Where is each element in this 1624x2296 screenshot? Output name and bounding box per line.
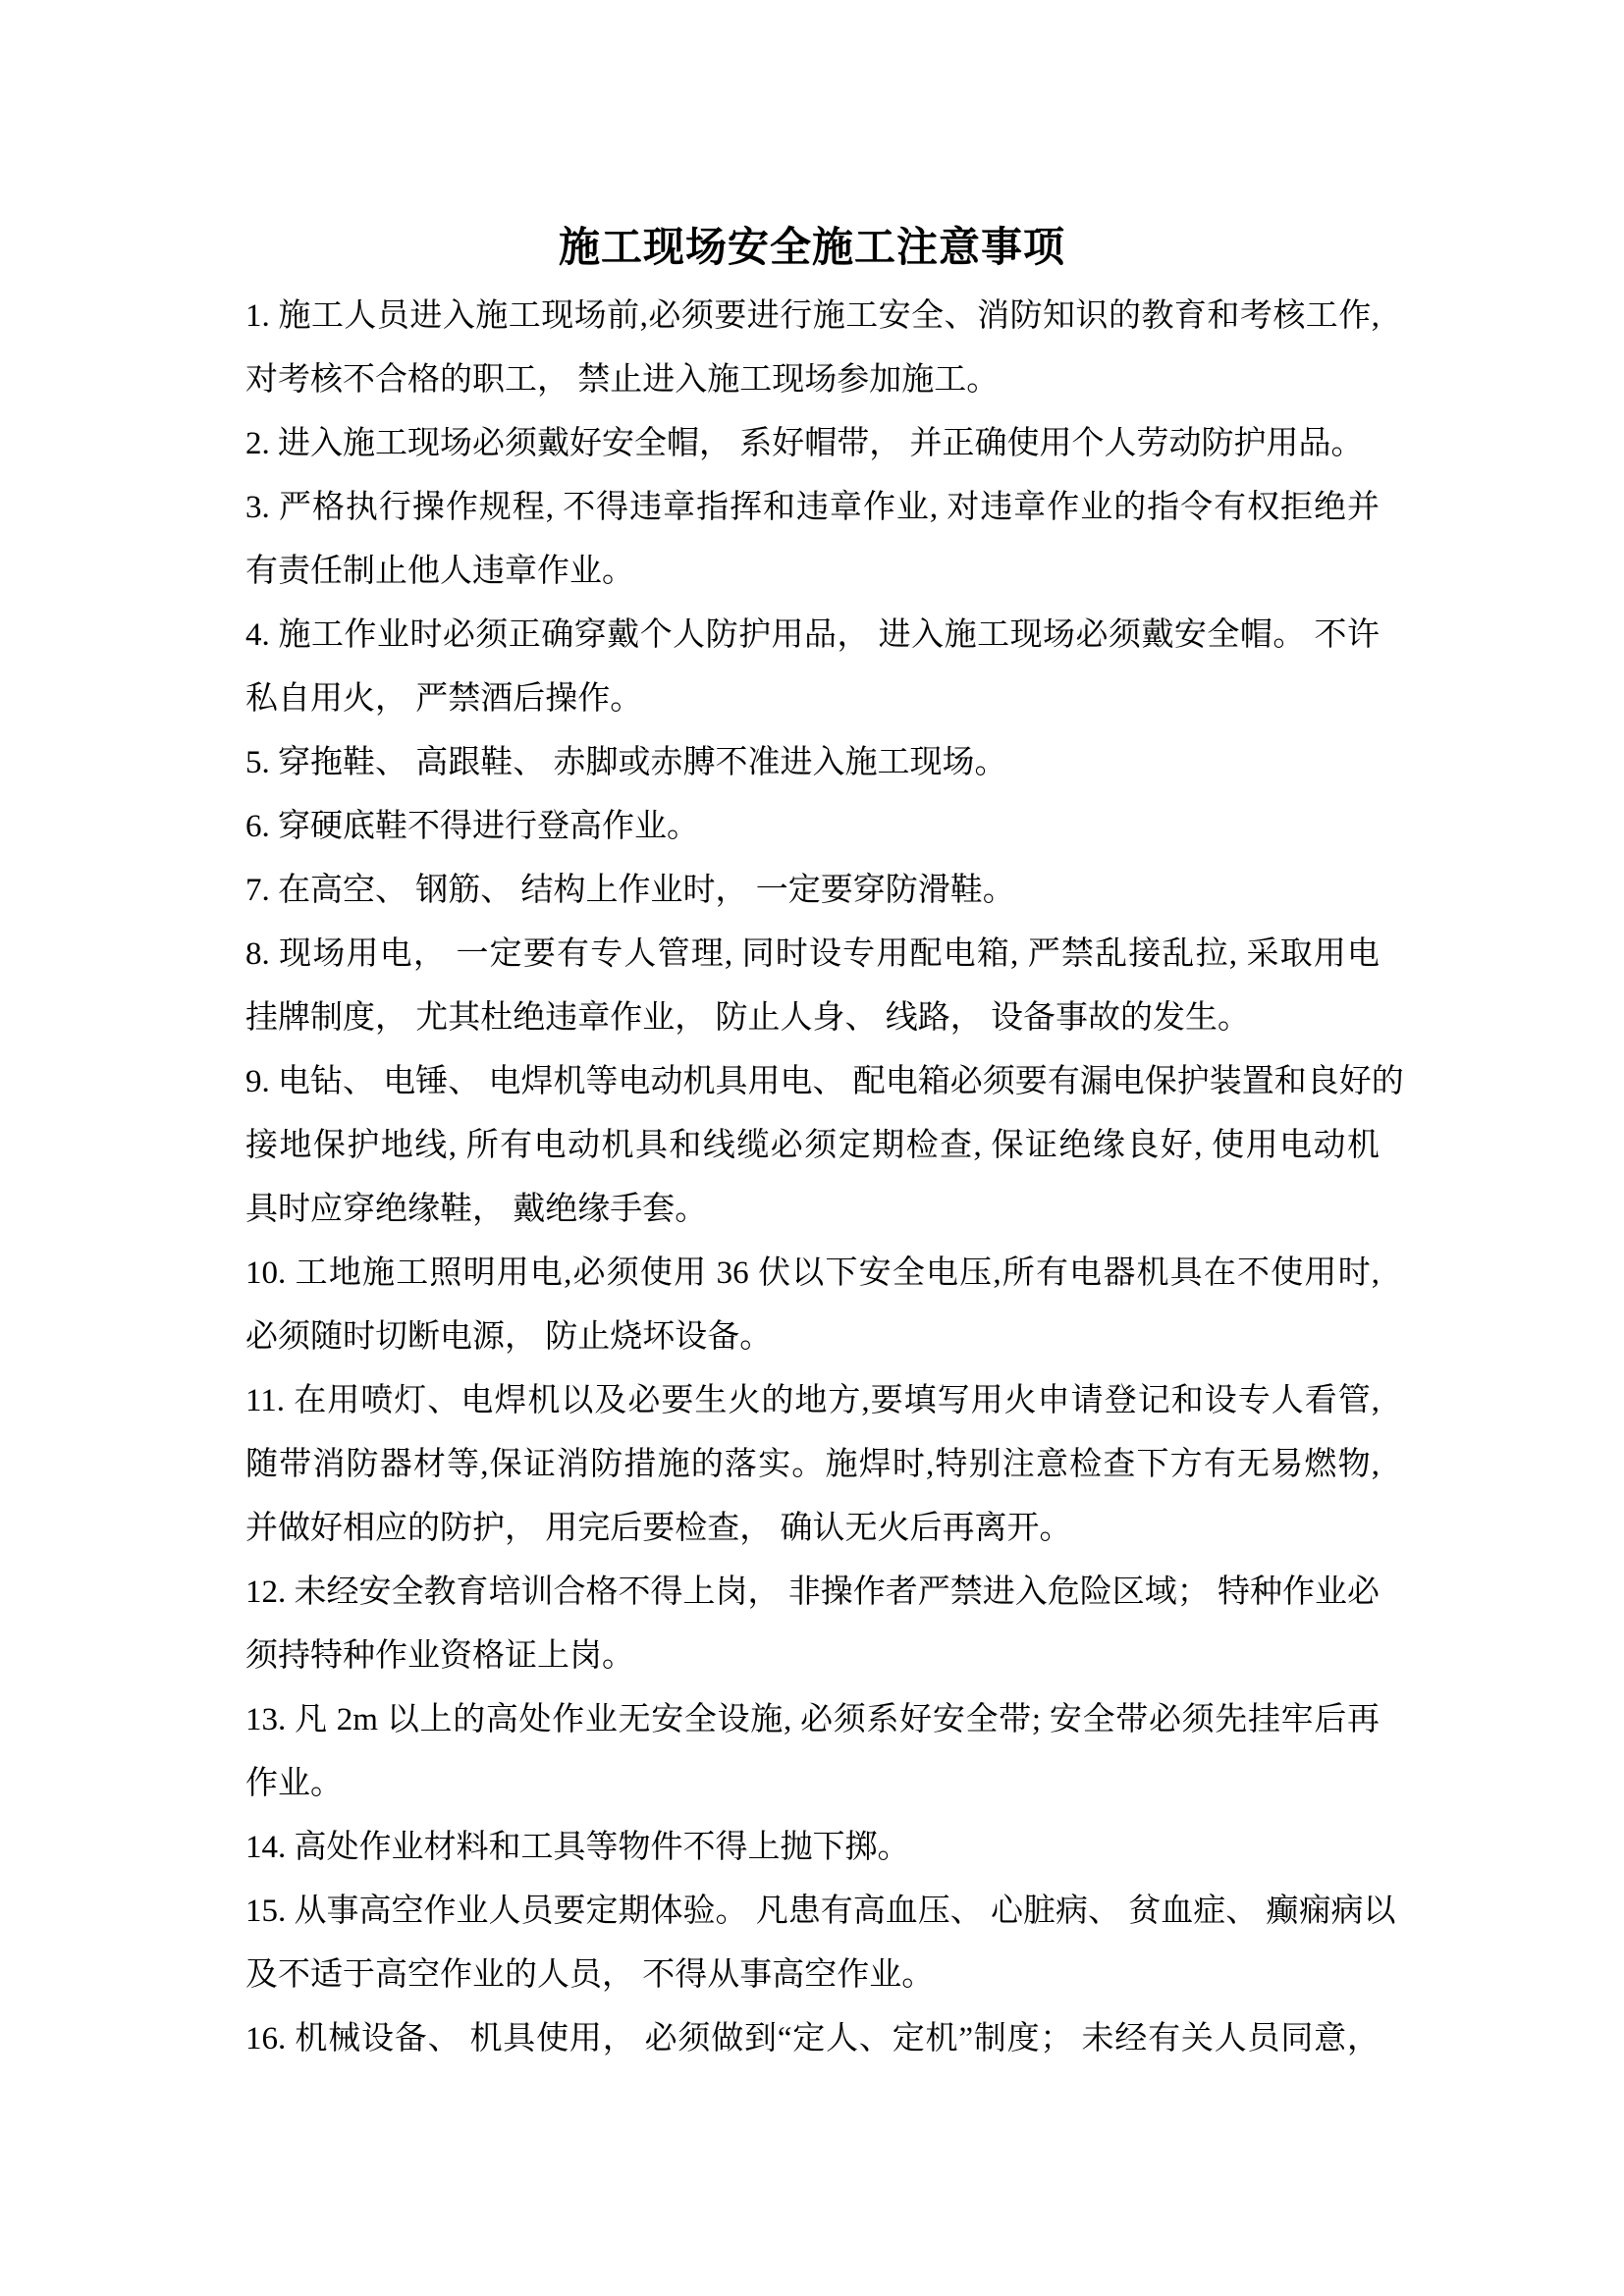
document-title: 施工现场安全施工注意事项 — [0, 215, 1624, 274]
rule-14-line-1: 14. 高处作业材料和工具等物件不得上抛下掷。 — [245, 1816, 1380, 1880]
rule-1-line-1: 1. 施工人员进入施工现场前,必须要进行施工安全、消防知识的教育和考核工作, — [245, 285, 1380, 348]
document-page: 施工现场安全施工注意事项 1. 施工人员进入施工现场前,必须要进行施工安全、消防… — [0, 0, 1624, 2296]
rule-10-line-1: 10. 工地施工照明用电,必须使用 36 伏以下安全电压,所有电器机具在不使用时… — [245, 1242, 1380, 1306]
rule-2-line-1: 2. 进入施工现场必须戴好安全帽， 系好帽带， 并正确使用个人劳动防护用品。 — [245, 412, 1380, 476]
rule-6-line-1: 6. 穿硬底鞋不得进行登高作业。 — [245, 795, 1380, 859]
rule-16-line-1: 16. 机械设备、 机具使用， 必须做到“定人、定机”制度； 未经有关人员同意， — [245, 2007, 1380, 2071]
rule-3-line-1: 3. 严格执行操作规程, 不得违章指挥和违章作业, 对违章作业的指令有权拒绝并 — [245, 476, 1380, 540]
rule-4-line-1: 4. 施工作业时必须正确穿戴个人防护用品， 进入施工现场必须戴安全帽。 不许 — [245, 604, 1380, 667]
rule-11-line-2: 随带消防器材等,保证消防措施的落实。施焊时,特别注意检查下方有无易燃物, — [245, 1433, 1380, 1497]
rule-11-line-1: 11. 在用喷灯、电焊机以及必要生火的地方,要填写用火申请登记和设专人看管, — [245, 1369, 1380, 1433]
rule-11-line-3: 并做好相应的防护， 用完后要检查， 确认无火后再离开。 — [245, 1497, 1380, 1561]
rule-9-line-2: 接地保护地线, 所有电动机具和线缆必须定期检查, 保证绝缘良好, 使用电动机 — [245, 1114, 1380, 1178]
rule-15-line-1: 15. 从事高空作业人员要定期体验。 凡患有高血压、 心脏病、 贫血症、 癫痫病… — [245, 1880, 1380, 1944]
rule-13-line-2: 作业。 — [245, 1752, 1380, 1816]
rule-7-line-1: 7. 在高空、 钢筋、 结构上作业时， 一定要穿防滑鞋。 — [245, 859, 1380, 923]
rule-8-line-1: 8. 现场用电， 一定要有专人管理, 同时设专用配电箱, 严禁乱接乱拉, 采取用… — [245, 923, 1380, 987]
document-body: 1. 施工人员进入施工现场前,必须要进行施工安全、消防知识的教育和考核工作, 对… — [245, 285, 1380, 2071]
rule-4-line-2: 私自用火， 严禁酒后操作。 — [245, 667, 1380, 731]
rule-3-line-2: 有责任制止他人违章作业。 — [245, 540, 1380, 604]
rule-8-line-2: 挂牌制度， 尤其杜绝违章作业， 防止人身、 线路， 设备事故的发生。 — [245, 987, 1380, 1050]
rule-9-line-1: 9. 电钻、 电锤、 电焊机等电动机具用电、 配电箱必须要有漏电保护装置和良好的 — [245, 1050, 1380, 1114]
rule-13-line-1: 13. 凡 2m 以上的高处作业无安全设施, 必须系好安全带; 安全带必须先挂牢… — [245, 1688, 1380, 1752]
rule-10-line-2: 必须随时切断电源， 防止烧坏设备。 — [245, 1306, 1380, 1369]
rule-1-line-2: 对考核不合格的职工， 禁止进入施工现场参加施工。 — [245, 348, 1380, 412]
rule-12-line-1: 12. 未经安全教育培训合格不得上岗， 非操作者严禁进入危险区域； 特种作业必 — [245, 1561, 1380, 1625]
rule-9-line-3: 具时应穿绝缘鞋， 戴绝缘手套。 — [245, 1178, 1380, 1242]
rule-12-line-2: 须持特种作业资格证上岗。 — [245, 1625, 1380, 1688]
rule-5-line-1: 5. 穿拖鞋、 高跟鞋、 赤脚或赤膊不准进入施工现场。 — [245, 731, 1380, 795]
rule-15-line-2: 及不适于高空作业的人员， 不得从事高空作业。 — [245, 1944, 1380, 2007]
